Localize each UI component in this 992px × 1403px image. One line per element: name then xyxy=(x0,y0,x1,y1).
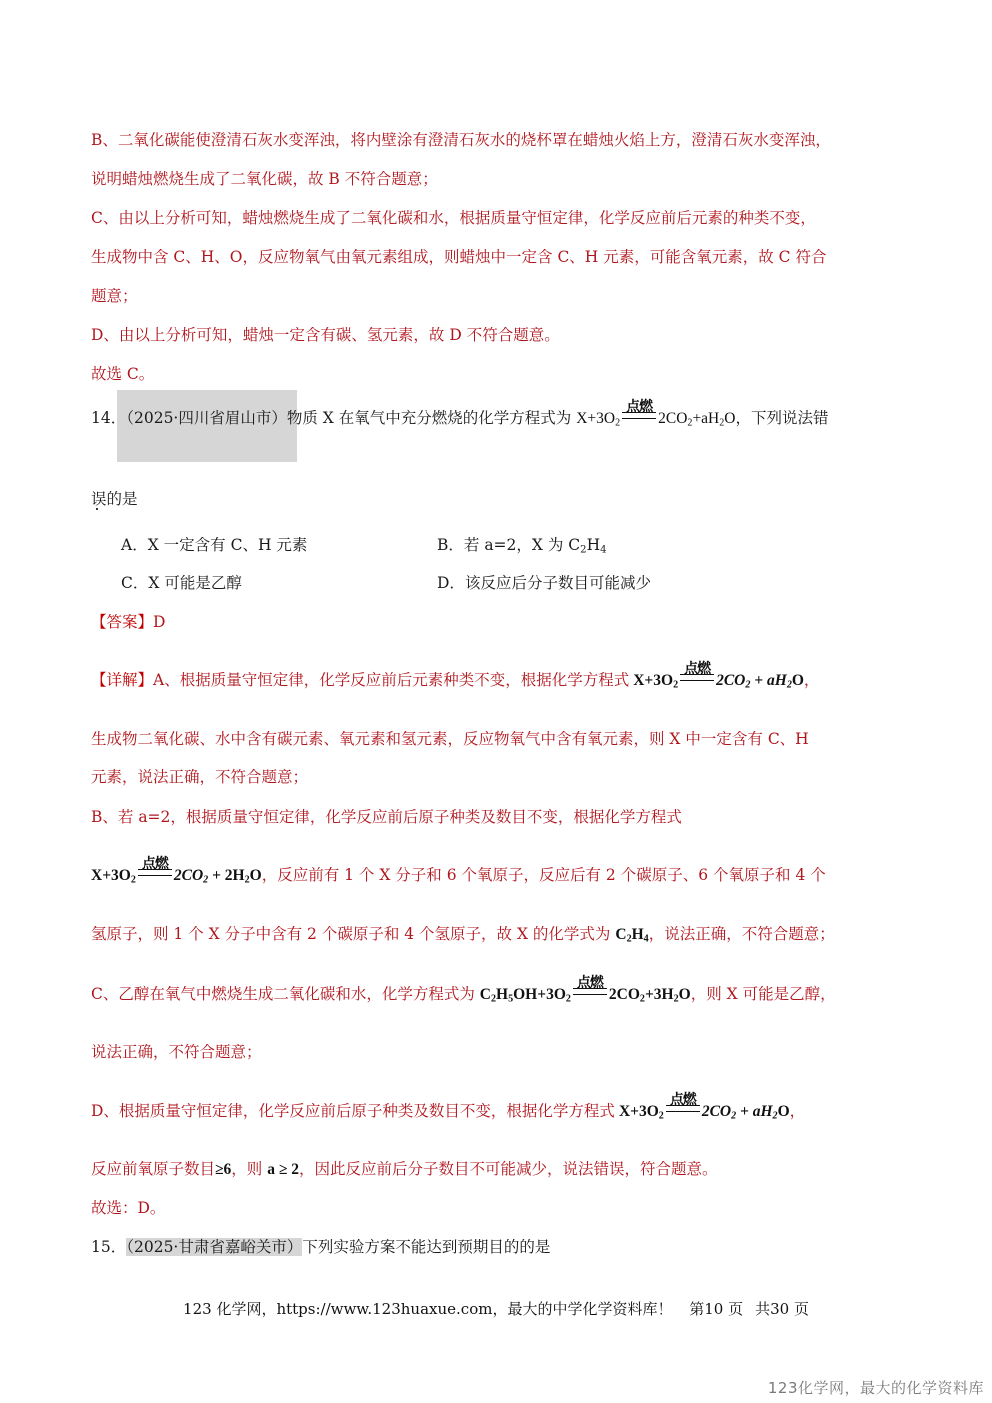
detail-c-line-1: C、乙醇在氧气中燃烧生成二氧化碳和水，化学方程式为 C2H5OH+3O2点燃2C… xyxy=(91,984,836,1005)
detail-b-line-1: B、若 a=2，根据质量守恒定律，化学反应前后原子种类及数目不变，根据化学方程式 xyxy=(91,807,682,827)
option-b: B．若 a=2，X 为 C2H4 xyxy=(437,535,607,555)
question-source: （2025·甘肃省嘉峪关市） xyxy=(126,1238,302,1256)
answer-line: 【答案】D xyxy=(91,612,165,632)
equation-generic-d: X+3O2点燃2CO2 + aH2O xyxy=(619,1102,790,1122)
question-stem: 下列实验方案不能达到预期目的的是 xyxy=(302,1238,550,1256)
explanation-conclusion: 故选 C。 xyxy=(91,364,154,384)
question-number: 14． xyxy=(91,409,126,427)
footer-page: 第10 页 xyxy=(689,1300,743,1318)
footer-site: 123 化学网，https://www.123huaxue.com，最大的中学化… xyxy=(183,1300,672,1318)
detail-a-line-3: 元素，说法正确，不符合题意； xyxy=(91,767,308,787)
page-footer: 123 化学网，https://www.123huaxue.com，最大的中学化… xyxy=(0,1298,992,1319)
detail-d-line-1: D、根据质量守恒定律，化学反应前后原子种类及数目不变，根据化学方程式X+3O2点… xyxy=(91,1101,805,1122)
question-number: 15． xyxy=(91,1238,126,1256)
answer-value: D xyxy=(153,613,165,631)
explanation-c-line-2: 生成物中含 C、H、O，反应物氧气由氧元素组成，则蜡烛中一定含 C、H 元素，可… xyxy=(91,247,826,267)
chemical-equation: X+3O2点燃2CO2+aH2O xyxy=(576,409,735,429)
dot-mark xyxy=(96,508,98,510)
explanation-c-line-1: C、由以上分析可知，蜡烛燃烧生成了二氧化碳和水，根据质量守恒定律，化学反应前后元… xyxy=(91,208,816,228)
question-stem: 物质 X 在氧气中充分燃烧的化学方程式为 xyxy=(287,409,576,427)
question-14-stem-line-2: 误的是 xyxy=(91,489,138,509)
equation-b-case: X+3O2点燃2CO2 + 2H2O xyxy=(91,866,262,886)
detail-d-line-2: 反应前氧原子数目≥6，则 a ≥ 2，因此反应前后分子数目不可能减少，说法错误，… xyxy=(91,1159,718,1180)
detail-b-line-2: X+3O2点燃2CO2 + 2H2O，反应前有 1 个 X 分子和 6 个氧原子… xyxy=(91,865,826,886)
explanation-d-line-1: D、由以上分析可知，蜡烛一定含有碳、氢元素，故 D 不符合题意。 xyxy=(91,325,560,345)
detail-a-line-1: 【详解】A、根据质量守恒定律，化学反应前后元素种类不变，根据化学方程式X+3O2… xyxy=(91,670,819,691)
equation-ethanol: C2H5OH+3O2点燃2CO2+3H2O xyxy=(480,985,691,1005)
detail-label: 【详解】 xyxy=(91,671,153,689)
question-15-stem: 15．（2025·甘肃省嘉峪关市）下列实验方案不能达到预期目的的是 xyxy=(91,1237,550,1257)
detail-conclusion: 故选：D。 xyxy=(91,1198,165,1218)
option-d: D．该反应后分子数目可能减少 xyxy=(437,573,651,593)
explanation-b-line-1: B、二氧化碳能使澄清石灰水变浑浊，将内壁涂有澄清石灰水的烧杯罩在蜡烛火焰上方，澄… xyxy=(91,130,831,150)
answer-label: 【答案】 xyxy=(91,613,153,631)
option-a: A．X 一定含有 C、H 元素 xyxy=(121,535,307,555)
reaction-condition-ignite: 点燃 xyxy=(622,416,656,423)
question-14-stem: 14．（2025·四川省眉山市）物质 X 在氧气中充分燃烧的化学方程式为 X+3… xyxy=(91,408,829,429)
watermark: 123化学网，最大的化学资料库 xyxy=(768,1377,984,1398)
detail-b-line-3: 氢原子，则 1 个 X 分子中含有 2 个碳原子和 4 个氢原子，故 X 的化学… xyxy=(91,924,835,945)
equation-generic: X+3O2点燃2CO2 + aH2O xyxy=(633,671,804,691)
formula-c2h4: C2H4 xyxy=(615,925,648,945)
footer-total: 共30 页 xyxy=(755,1300,809,1318)
explanation-b-line-2: 说明蜡烛燃烧生成了二氧化碳，故 B 不符合题意； xyxy=(91,169,438,189)
explanation-c-line-3: 题意； xyxy=(91,286,138,306)
question-source: （2025·四川省眉山市） xyxy=(126,409,287,427)
detail-c-line-2: 说法正确，不符合题意； xyxy=(91,1042,262,1062)
detail-a-line-2: 生成物二氧化碳、水中含有碳元素、氧元素和氢元素，反应物氧气中含有氧元素，则 X … xyxy=(91,729,809,749)
option-c: C．X 可能是乙醇 xyxy=(121,573,242,593)
